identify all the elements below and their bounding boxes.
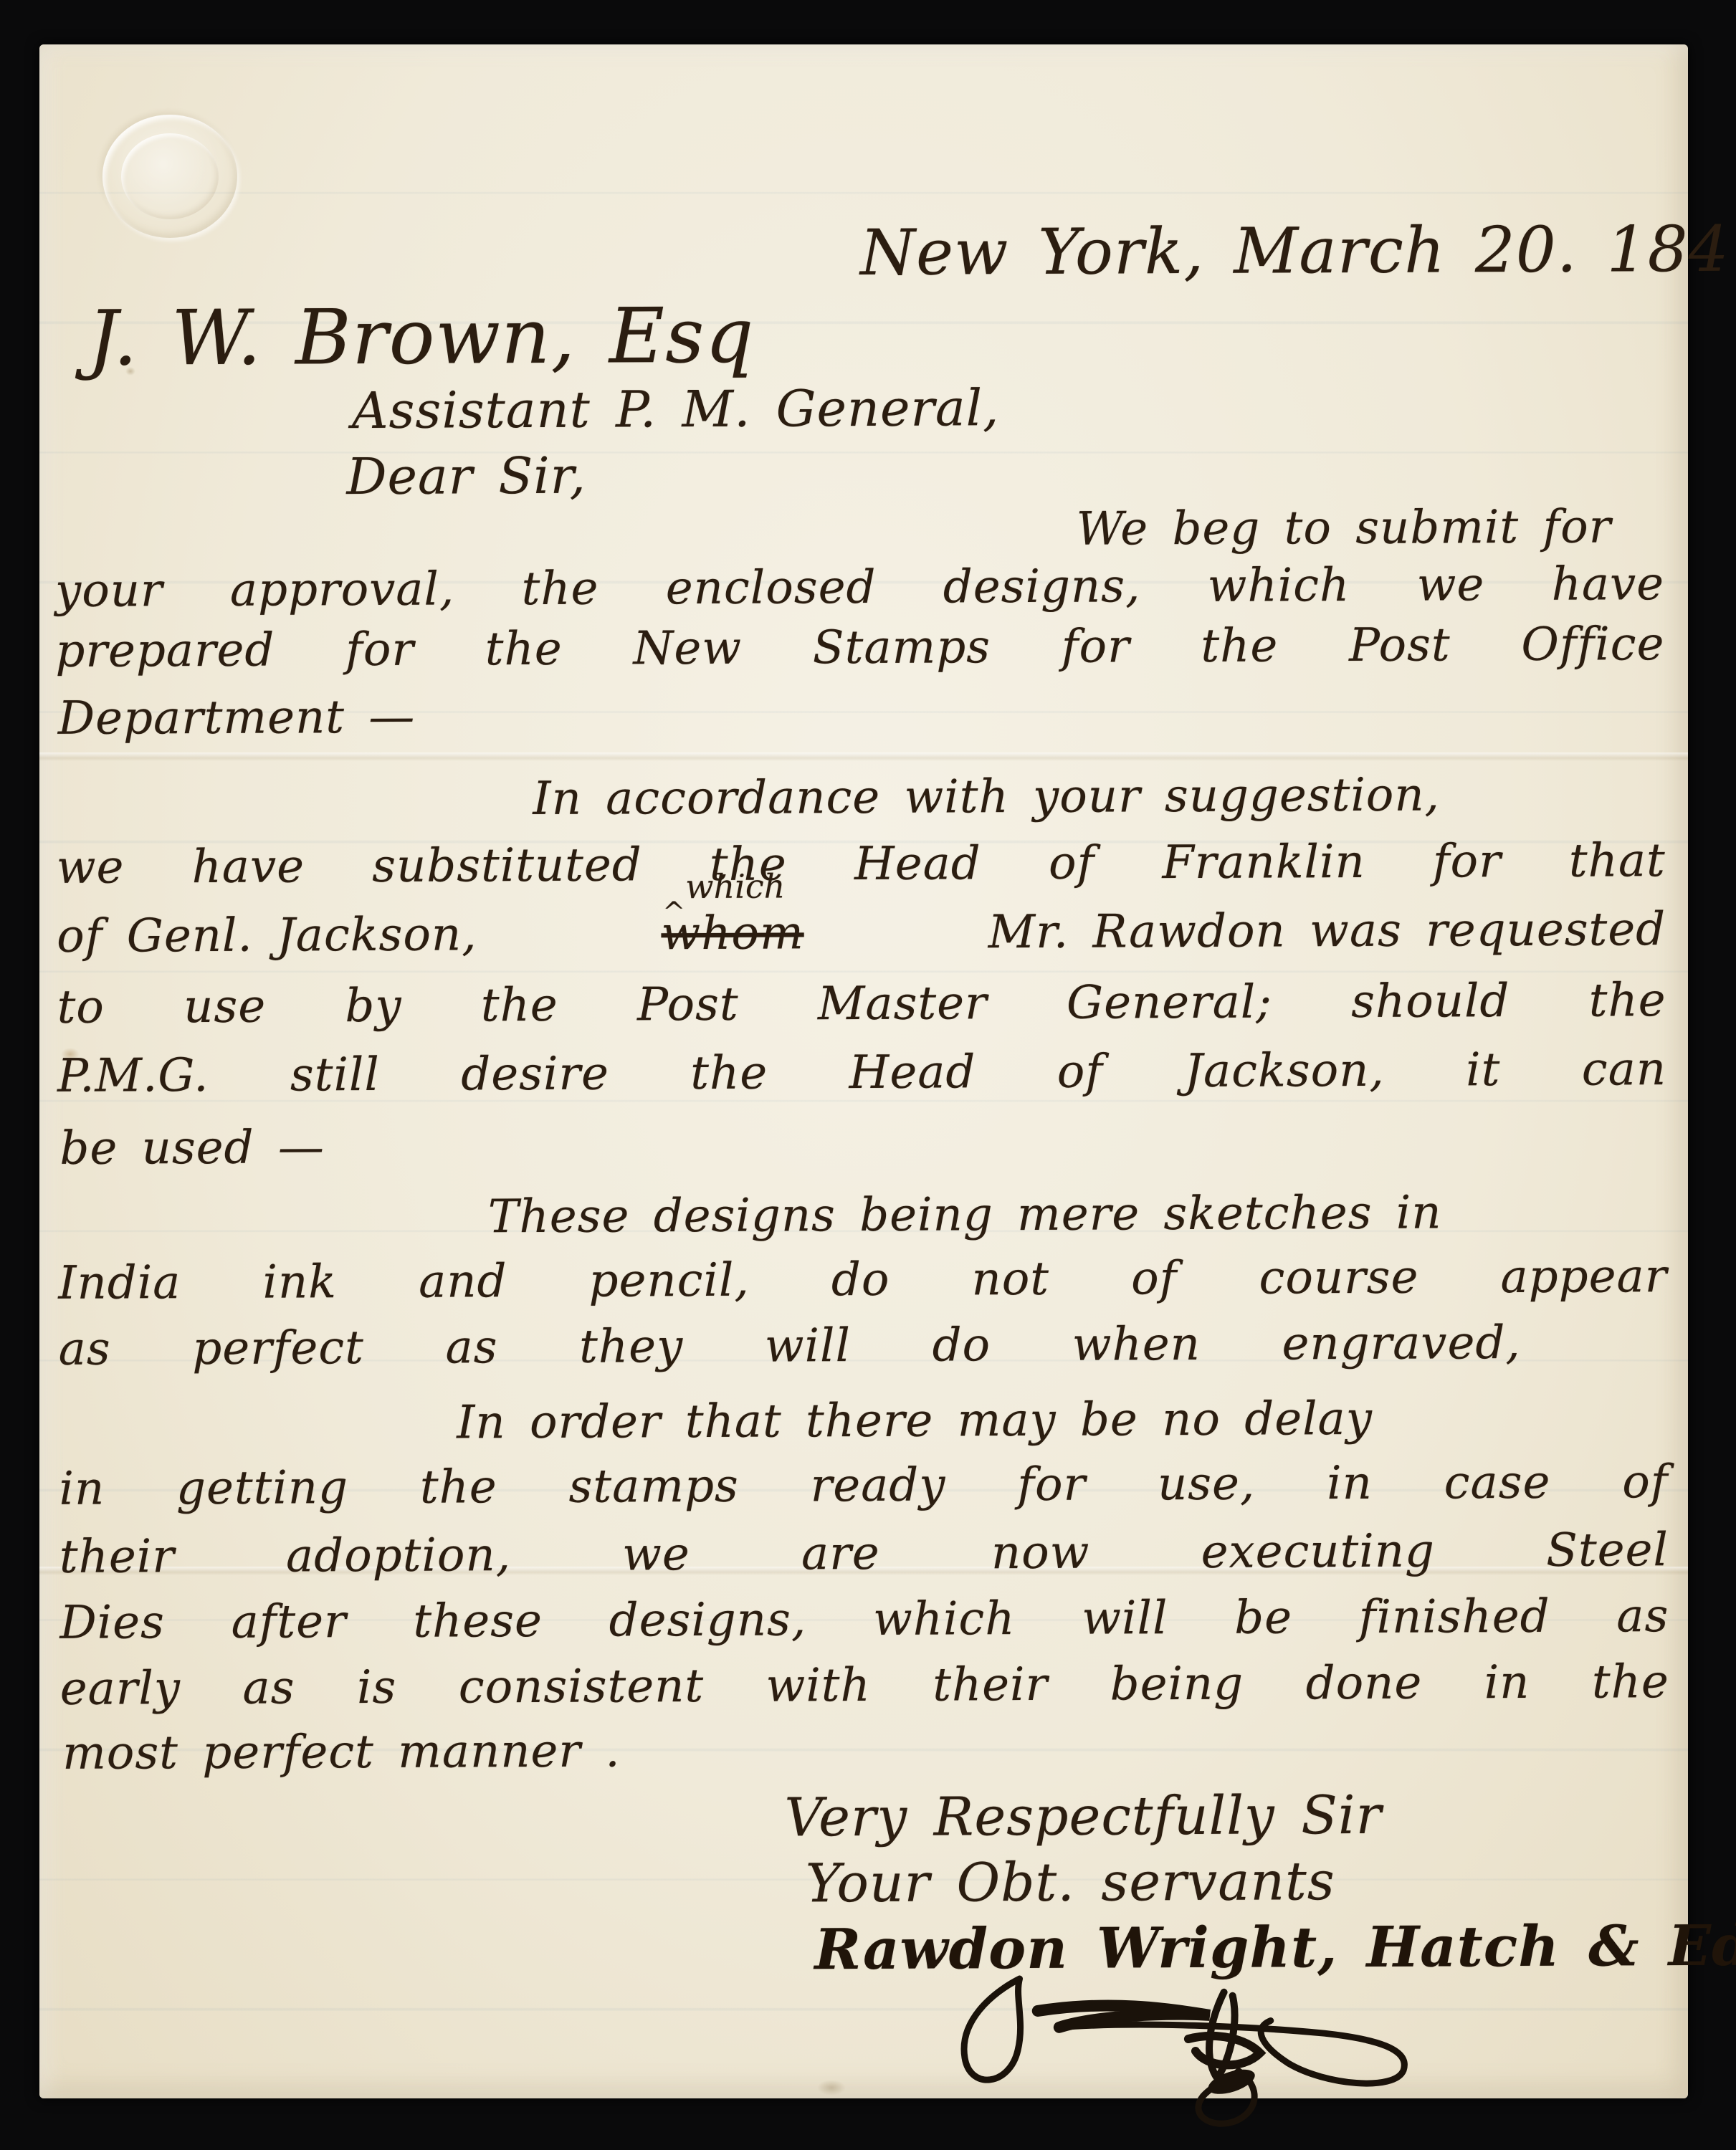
body-p3-line3: as perfect as they will do when engraved… [59, 1317, 1521, 1376]
body-p1-line2: your approval, the enclosed designs, whi… [55, 558, 1664, 618]
dateline: New York, March 20. 1847 [860, 212, 1736, 289]
handwriting-layer: New York, March 20. 1847 J. W. Brown, Es… [35, 41, 1692, 2102]
recipient-name: J. W. Brown, Esq [87, 292, 754, 383]
body-p2-line4: to use by the Post Master General; shoul… [57, 975, 1666, 1034]
body-p2-line5: P.M.G. still desire the Head of Jackson,… [57, 1043, 1666, 1103]
body-p4-line6: most perfect manner . [62, 1725, 621, 1780]
inserted-word-which: which [685, 867, 785, 905]
body-p1-line4: Department — [58, 692, 416, 746]
scan-background: { "colors": { "background": "#0a0a0b", "… [0, 0, 1736, 2150]
body-p4-line4: Dies after these designs, which will be … [59, 1590, 1669, 1650]
salutation: Dear Sir, [346, 447, 586, 506]
body-p2-line2: we have substituted the Head of Franklin… [57, 835, 1666, 894]
body-p3-line1: These designs being mere sketches in [488, 1187, 1442, 1243]
body-p4-line3: their adoption, we are now executing Ste… [59, 1524, 1669, 1584]
body-p2-line3: of Genl. Jackson, ^ which whom Mr. Rawdo… [57, 904, 1666, 963]
body-p4-line1: In order that there may be no delay [457, 1393, 1373, 1450]
closing-servants: Your Obt. servants [806, 1851, 1335, 1914]
signature-flourish [951, 1970, 1425, 2134]
body-p2-line1: In accordance with your suggestion, [533, 769, 1440, 826]
closing-respectfully: Very Respectfully Sir [784, 1785, 1382, 1849]
body-p2-line6: be used — [59, 1122, 325, 1175]
body-p4-line5: early as is consistent with their being … [60, 1656, 1669, 1716]
edited-word-group: ^ which whom [661, 907, 804, 960]
body-p2-line3-end: Mr. Rawdon was requested [988, 904, 1666, 960]
body-p4-line2: in getting the stamps ready for use, in … [59, 1456, 1668, 1516]
letter-paper: New York, March 20. 1847 J. W. Brown, Es… [39, 44, 1688, 2098]
body-p1-line3: prepared for the New Stamps for the Post… [55, 618, 1664, 678]
recipient-title: Assistant P. M. General, [352, 379, 1000, 439]
insertion-caret: ^ [662, 897, 686, 928]
body-p3-line2: India ink and pencil, do not of course a… [58, 1251, 1667, 1310]
body-p1-line1: We beg to submit for [1077, 501, 1612, 556]
body-p2-line3-start: of Genl. Jackson, [57, 909, 477, 963]
